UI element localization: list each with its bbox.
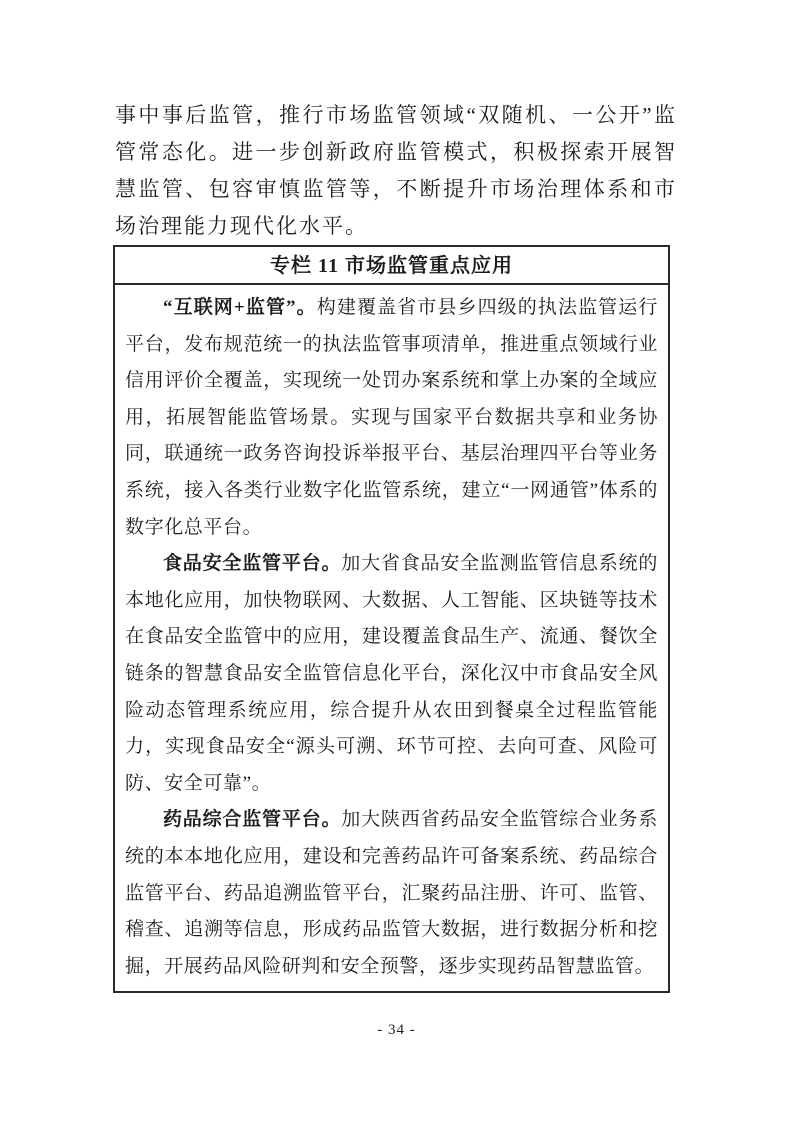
column-box: 专栏 11 市场监管重点应用 “互联网+监管”。构建覆盖省市县乡四级的执法监管运… (113, 245, 670, 993)
paragraph-text: 建设国资监管云平台，推动从管企业向管资本的转变，优化监管流程、明确监管内容、规范… (125, 992, 658, 993)
box-paragraph-food-safety: 食品安全监管平台。加大省食品安全监测监管信息系统的本地化应用，加快物联网、大数据… (125, 546, 658, 802)
paragraph-text: 加大陕西省药品安全监管综合业务系统的本本地化应用，建设和完善药品许可备案系统、药… (125, 809, 658, 976)
box-paragraph-drug-regulation: 药品综合监管平台。加大陕西省药品安全监管综合业务系统的本本地化应用，建设和完善药… (125, 802, 658, 985)
page-number: - 34 - (0, 1022, 793, 1039)
paragraph-text: 构建覆盖省市县乡四级的执法监管运行平台，发布规范统一的执法监管事项清单，推进重点… (125, 297, 658, 538)
paragraph-lead: 国资监管应用。 (163, 992, 302, 993)
box-paragraph-internet-regulation: “互联网+监管”。构建覆盖省市县乡四级的执法监管运行平台，发布规范统一的执法监管… (125, 290, 658, 546)
column-box-title: 专栏 11 市场监管重点应用 (115, 247, 668, 285)
intro-paragraph: 事中事后监管，推行市场监管领域“双随机、一公开”监管常态化。进一步创新政府监管模… (115, 97, 677, 245)
document-page: 事中事后监管，推行市场监管领域“双随机、一公开”监管常态化。进一步创新政府监管模… (0, 0, 793, 1122)
paragraph-lead: 药品综合监管平台。 (163, 809, 341, 830)
paragraph-lead: 食品安全监管平台。 (163, 553, 341, 574)
box-paragraph-state-assets: 国资监管应用。建设国资监管云平台，推动从管企业向管资本的转变，优化监管流程、明确… (125, 985, 658, 993)
paragraph-lead: “互联网+监管”。 (163, 297, 317, 318)
column-box-body: “互联网+监管”。构建覆盖省市县乡四级的执法监管运行平台，发布规范统一的执法监管… (115, 285, 668, 993)
paragraph-text: 加大省食品安全监测监管信息系统的本地化应用，加快物联网、大数据、人工智能、区块链… (125, 553, 658, 794)
